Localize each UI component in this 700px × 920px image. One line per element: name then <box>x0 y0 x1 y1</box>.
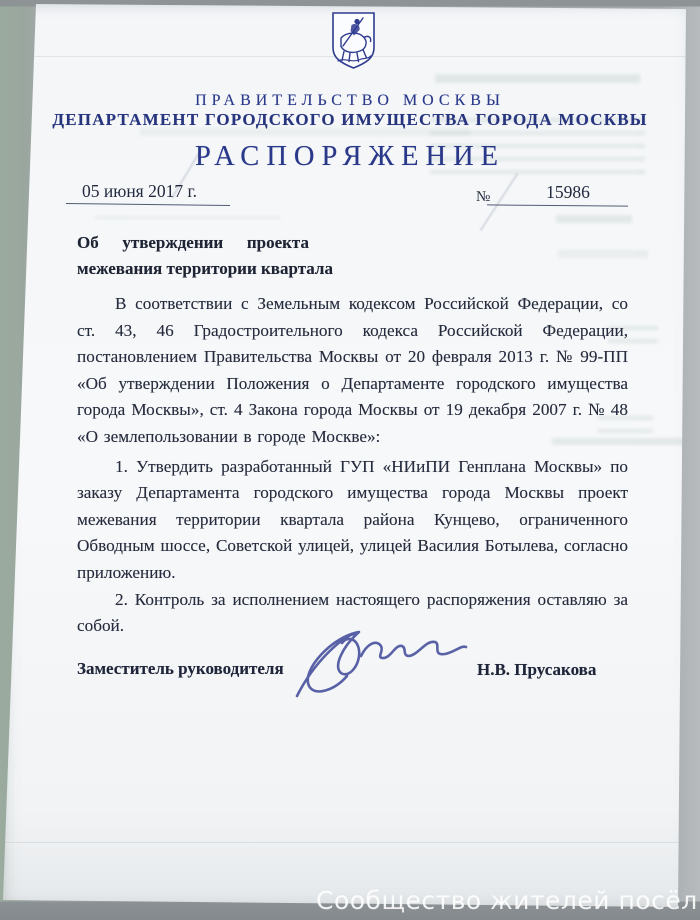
bleed-through-artifact <box>95 216 280 219</box>
signatory-name: Н.В. Прусакова <box>477 660 596 680</box>
moscow-coat-of-arms-icon <box>330 11 377 71</box>
number-underline <box>487 204 628 206</box>
subject-line-1: Об утверждении проекта <box>77 233 309 253</box>
subject-block: Об утверждении проекта межевания террито… <box>77 233 351 279</box>
org-name-department: ДЕПАРТАМЕНТ ГОРОДСКОГО ИМУЩЕСТВА ГОРОДА … <box>0 110 700 130</box>
subject-line-2: межевания территории квартала <box>77 259 351 279</box>
bleed-through-artifact <box>556 215 632 223</box>
document-number: 15986 <box>520 182 616 203</box>
scanned-document: ПРАВИТЕЛЬСТВО МОСКВЫ ДЕПАРТАМЕНТ ГОРОДСК… <box>0 0 700 920</box>
bleed-through-artifact <box>558 250 648 258</box>
handwritten-signature <box>283 618 468 710</box>
signatory-position: Заместитель руководителя <box>77 659 284 679</box>
document-date: 05 июня 2017 г. <box>82 181 197 202</box>
subject-word: проекта <box>247 233 309 253</box>
org-name-government: ПРАВИТЕЛЬСТВО МОСКВЫ <box>0 92 700 110</box>
body-text: В соответствии с Земельным кодексом Росс… <box>77 291 628 640</box>
subject-word: утверждении <box>122 233 223 253</box>
date-underline <box>66 203 230 206</box>
watermark-caption: Сообщество жителей посёлка Рублёво <box>316 886 700 915</box>
document-type-title: РАСПОРЯЖЕНИЕ <box>0 141 700 173</box>
subject-word: Об <box>77 233 99 253</box>
body-paragraph-item-1: 1. Утвердить разработанный ГУП «НИиПИ Ге… <box>77 454 628 587</box>
bleed-through-artifact <box>435 74 640 83</box>
paper-crease <box>0 842 700 843</box>
body-paragraph-preamble: В соответствии с Земельным кодексом Росс… <box>77 291 628 451</box>
document-page: ПРАВИТЕЛЬСТВО МОСКВЫ ДЕПАРТАМЕНТ ГОРОДСК… <box>0 0 700 920</box>
